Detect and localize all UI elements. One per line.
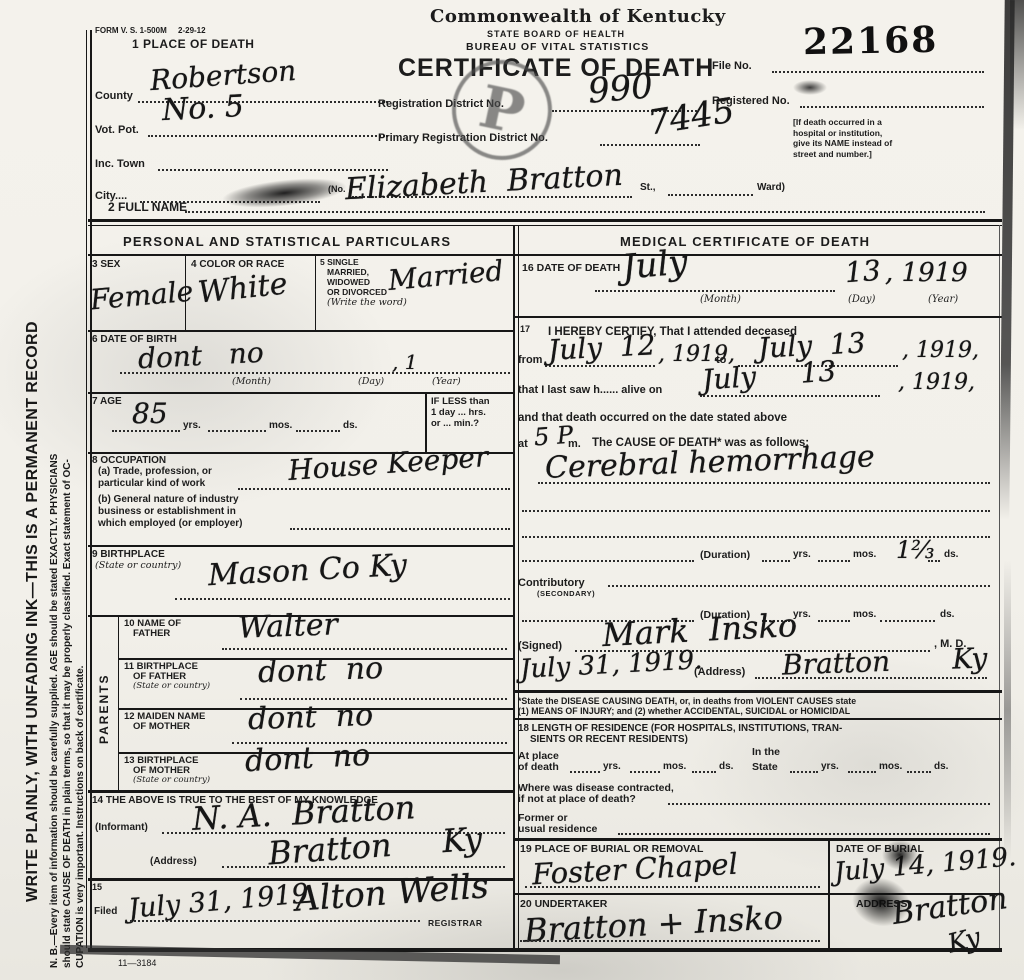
rule — [515, 718, 1002, 720]
form-number: FORM V. S. 1-500M — [95, 26, 167, 35]
informant-label: (Informant) — [95, 822, 148, 833]
certify-from-label: from — [518, 354, 542, 366]
contracted-dotline — [668, 803, 990, 805]
res-dot6 — [907, 771, 931, 773]
scan-edge-streak-2 — [1004, 560, 1011, 860]
mother-bp-hint: (State or country) — [133, 775, 210, 785]
age-dot2 — [208, 430, 266, 432]
dod-year-hint: (Year) — [928, 294, 958, 305]
personal-title: PERSONAL AND STATISTICAL PARTICULARS — [123, 234, 451, 249]
occupation-b-line3: which employed (or employer) — [98, 518, 242, 529]
dod-year-value: , 1919 — [885, 260, 968, 286]
age-dot1 — [112, 430, 180, 432]
header-divider-thin — [88, 225, 1002, 226]
dod-month-value: July — [621, 245, 689, 285]
occupation-a-dotline — [238, 488, 510, 490]
marital-label-2: MARRIED, — [327, 267, 369, 277]
rule — [515, 316, 1002, 318]
undertaker-address-value2: Ky — [945, 924, 983, 957]
file-no-dotline — [772, 71, 984, 73]
signed-date-value: July 31, 1919. — [519, 647, 703, 683]
former-dotline — [618, 833, 990, 835]
footnote-line1: *State the DISEASE CAUSING DEATH, or, in… — [518, 696, 856, 706]
res-dot5 — [848, 771, 876, 773]
certify-from-value: July 12 — [547, 331, 656, 365]
occupation-a-line2: particular kind of work — [98, 478, 205, 489]
father-bp-value: dont no — [258, 654, 384, 688]
rule — [88, 545, 515, 547]
lastsaw-value: July 13 — [701, 357, 837, 394]
former-line2: usual residence — [518, 823, 597, 835]
duration-yrs-label: yrs. — [793, 549, 811, 560]
undertaker-dotline — [520, 940, 820, 942]
fullname-label: 2 FULL NAME — [108, 200, 187, 214]
occupation-label: 8 OCCUPATION — [92, 455, 166, 466]
res-dot1 — [570, 771, 600, 773]
votpot-dotline — [148, 135, 388, 137]
duration-mos-label: mos. — [853, 549, 876, 560]
dob-dotline — [120, 372, 510, 374]
registered-no-dotline — [800, 106, 984, 108]
cause-value: Cerebral hemorrhage — [545, 442, 876, 483]
res-dot4 — [790, 771, 818, 773]
undertaker-address-value: Bratton — [890, 884, 1009, 930]
certify-to-year: , 1919, — [902, 340, 979, 362]
father-bp-dotline — [240, 698, 507, 700]
res-dot3 — [692, 771, 716, 773]
residence-state: State — [752, 761, 778, 773]
age-yrs-label: yrs. — [183, 420, 201, 431]
signed-label: (Signed) — [518, 640, 562, 652]
dod-dotline — [595, 290, 835, 292]
duration-dot3 — [928, 560, 940, 562]
res-yrs-1: yrs. — [603, 761, 621, 772]
ink-smudge-name — [221, 174, 348, 213]
dod-day-value: 13 — [844, 257, 882, 287]
margin-headline: WRITE PLAINLY, WITH UNFADING INK—THIS IS… — [24, 321, 42, 902]
contributory-secondary-label: (SECONDARY) — [537, 589, 595, 598]
duration-dotline — [522, 560, 694, 562]
duration-dot2 — [818, 560, 850, 562]
informant-address-label: (Address) — [150, 856, 197, 867]
bureau-label: BUREAU OF VITAL STATISTICS — [466, 41, 649, 53]
header-divider-thick — [88, 219, 1002, 222]
res-mos-1: mos. — [663, 761, 686, 772]
margin-note-line1: N. B.—Every item of information should b… — [48, 454, 61, 968]
contrib-ds-label: ds. — [940, 609, 954, 620]
mother-maiden-label-2: OF MOTHER — [133, 721, 190, 732]
form-code: 11—3184 — [118, 958, 156, 968]
res-yrs-2: yrs. — [821, 761, 839, 772]
res-mos-2: mos. — [879, 761, 902, 772]
dob-value: dont no — [137, 339, 264, 374]
certify-number: 17 — [520, 324, 530, 334]
marital-label-4: OR DIVORCED — [327, 287, 387, 297]
burial-place-dotline — [525, 886, 820, 888]
city-ward-dotline — [668, 194, 753, 196]
birthplace-dotline — [175, 598, 510, 600]
fullname-dotline — [185, 211, 985, 213]
county-label: County — [95, 90, 133, 102]
fullname-value: Elizabeth Bratton — [344, 161, 623, 206]
occupation-b-line1: (b) General nature of industry — [98, 494, 239, 505]
hospital-note-line3: give its NAME instead of — [793, 138, 892, 149]
age-label: 7 AGE — [92, 396, 122, 407]
rule — [88, 254, 515, 256]
dob-day-hint: (Day) — [358, 376, 384, 387]
marital-hint: (Write the word) — [327, 297, 407, 308]
father-bp-hint: (State or country) — [133, 681, 210, 691]
place-of-death-label: 1 PLACE OF DEATH — [132, 37, 254, 51]
filed-label: Filed — [94, 906, 117, 917]
registrar-label: REGISTRAR — [428, 918, 483, 928]
age-less-line2: 1 day ... hrs. — [431, 407, 486, 418]
cause-dotline-1 — [538, 482, 990, 484]
marital-value: Married — [387, 257, 505, 295]
dob-year-value: , 1 — [392, 352, 417, 372]
hospital-note-line1: [If death occurred in a — [793, 117, 892, 128]
res-ds-2: ds. — [934, 761, 948, 772]
age-less-line1: IF LESS than — [431, 396, 490, 407]
duration-value: 1⅔ — [896, 538, 935, 562]
lastsaw-dotline — [700, 395, 880, 397]
parents-label: PARENTS — [97, 674, 111, 744]
votpot-label: Vot. Pot. — [95, 124, 139, 136]
sex-label: 3 SEX — [92, 259, 120, 270]
contributory-label: Contributory — [518, 577, 585, 589]
rule-heavy — [88, 790, 515, 793]
mother-bp-value: dont no — [244, 741, 371, 778]
res-ds-1: ds. — [719, 761, 733, 772]
hospital-note-line2: hospital or institution, — [793, 128, 892, 139]
stamp-letter: P — [474, 72, 531, 148]
primreg-dotline — [600, 144, 700, 146]
dob-month-hint: (Month) — [232, 376, 271, 387]
marital-label-1: 5 SINGLE — [320, 257, 359, 267]
occupation-a-value: House Keeper — [287, 443, 489, 485]
registered-no-label: Registered No. — [712, 95, 790, 107]
footnote-line2: (1) MEANS OF INJURY; and (2) whether ACC… — [518, 706, 850, 716]
occupation-a-line1: (a) Trade, profession, or — [98, 466, 212, 477]
margin-note-line2: should state CAUSE OF DEATH in plain ter… — [61, 454, 74, 968]
cell-rule — [425, 392, 427, 452]
father-name-dotline — [222, 648, 507, 650]
signed-address-value: Bratton Ky — [782, 644, 988, 679]
cause-dotline-2 — [522, 510, 990, 512]
state-board-label: STATE BOARD OF HEALTH — [487, 29, 625, 39]
rule — [88, 330, 515, 332]
regdist-value: 990 — [587, 69, 655, 109]
rule-heavy — [515, 690, 1002, 693]
marital-label-3: WIDOWED — [327, 277, 370, 287]
rule — [88, 392, 515, 394]
form-revision-date: 2-29-12 — [178, 26, 206, 35]
signed-address-label: (Address) — [694, 666, 745, 678]
form-left-outer-rule — [86, 30, 87, 948]
dob-year-hint: (Year) — [432, 376, 461, 387]
age-mos-label: mos. — [269, 420, 292, 431]
cell-rule — [315, 254, 316, 330]
lastsaw-label: that I last saw h...... alive on — [518, 384, 662, 396]
res-dot2 — [630, 771, 660, 773]
duration-dot1 — [762, 560, 790, 562]
dod-day-hint: (Day) — [848, 294, 875, 305]
burial-place-value: Foster Chapel — [531, 850, 738, 890]
rule — [515, 254, 1002, 256]
residence-label-2: SIENTS OR RECENT RESIDENTS) — [530, 734, 688, 745]
father-name-value: Walter — [238, 610, 339, 643]
commonwealth-title: Commonwealth of Kentucky — [430, 6, 726, 27]
birthplace-value: Mason Co Ky — [207, 551, 407, 591]
age-less-line3: or ... min.? — [431, 418, 479, 429]
rule-heavy — [515, 838, 1002, 841]
inctown-dotline — [158, 169, 388, 171]
contracted-line2: if not at place of death? — [518, 793, 636, 805]
residence-inthe: In the — [752, 746, 780, 758]
death-certificate-scan: WRITE PLAINLY, WITH UNFADING INK—THIS IS… — [0, 0, 1024, 980]
sex-value: Female — [89, 278, 194, 315]
filed-date-value: July 31, 1919 — [127, 880, 310, 923]
contributory-dotline — [608, 585, 990, 587]
occupation-b-dotline — [290, 528, 510, 530]
duration-ds-label: ds. — [944, 549, 958, 560]
birthplace-label: 9 BIRTHPLACE — [92, 549, 165, 560]
race-value: White — [197, 269, 289, 308]
mother-maiden-value: dont no — [248, 701, 374, 735]
age-dot3 — [296, 430, 340, 432]
file-no-label: File No. — [712, 60, 752, 72]
city-ward-label: Ward) — [757, 182, 785, 193]
lastsaw-year: , 1919, — [898, 372, 975, 394]
certificate-title: CERTIFICATE OF DEATH — [398, 54, 714, 83]
votpot-value: No. 5 — [161, 92, 244, 126]
birthplace-hint: (State or country) — [95, 560, 181, 571]
age-ds-label: ds. — [343, 420, 357, 431]
city-st-label: St., — [640, 182, 656, 193]
form-left-inner-rule — [90, 30, 92, 948]
dod-label: 16 DATE OF DEATH — [522, 262, 620, 274]
at-label: at — [518, 438, 528, 450]
m-label: m. — [568, 438, 581, 450]
duration-label: (Duration) — [700, 549, 750, 561]
hospital-note-line4: street and number.] — [793, 149, 892, 160]
dod-month-hint: (Month) — [700, 294, 741, 305]
certificate-number: 22168 — [803, 19, 939, 63]
contrib-dot2 — [818, 620, 850, 622]
inctown-label: Inc. Town — [95, 158, 145, 170]
contrib-dot3 — [880, 620, 935, 622]
age-value: 85 — [132, 400, 168, 428]
residence-atplace-2: of death — [518, 761, 559, 773]
registrar-signature: Alton Wells — [294, 869, 490, 916]
ink-blot-burialdate — [882, 840, 918, 870]
filed-dotline — [130, 920, 420, 922]
contrib-mos-label: mos. — [853, 609, 876, 620]
father-name-label-2: FATHER — [133, 628, 170, 639]
residence-label-1: 18 LENGTH OF RESIDENCE (FOR HOSPITALS, I… — [518, 723, 842, 734]
parents-strip-rule — [118, 615, 119, 790]
occupation-b-line2: business or establishment in — [98, 506, 236, 517]
ink-smudge — [793, 80, 827, 95]
scan-corner-shadow — [1010, 0, 1024, 130]
filed-number: 15 — [92, 882, 102, 892]
